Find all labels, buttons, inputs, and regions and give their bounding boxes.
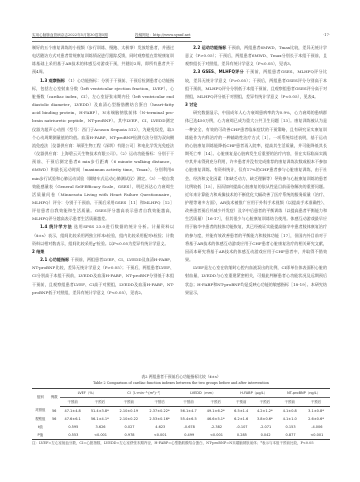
website-link[interactable]: 投稿网址：http://www.syxnf.net xyxy=(135,33,191,38)
table-footnote: 注：LVEF=左心室射血分数，CI=心脏指数，LVEDD=左心室舒张末期内径，H… xyxy=(32,440,330,447)
col-header-ntprobnp: NT-proBNP（ng/L） xyxy=(277,389,330,398)
section-title: 2 结果 xyxy=(32,248,174,256)
paragraph: 2.1 心功能指标 干预前，两组患者LVEF、CI、LVEDD及血清H-FABP… xyxy=(32,256,174,297)
sub-header-after: 干预后 xyxy=(86,398,115,407)
paragraph: 2.3 GSES、MLHFQ评分 干预前，两组患者GSES、MLHFQ评分比较，… xyxy=(185,68,327,101)
col-header-hfabp: H-FABP（μg/L） xyxy=(230,389,277,398)
journal-title: 实用心脑肺血管病杂志2022年5月第30卷第5期 xyxy=(32,33,108,38)
sub-header-before: 干预前 xyxy=(230,398,252,407)
sub-header-after: 干预后 xyxy=(201,398,230,407)
paragraph: 制好的五个康复训练的小视频（步行训练、慢跑、太极拳）发放给患者，并通过电话随访方… xyxy=(32,44,174,77)
paragraph: LVEF是左心室在收缩时心腔内血液泵出的比例，CI即单位体表面积心脏的射血量，L… xyxy=(185,264,327,297)
table-row: P值 0.553<0.001 0.978<0.001 0.499<0.001 0… xyxy=(32,431,330,440)
section-heading: 2.1 心功能指标 xyxy=(40,257,69,262)
right-column: 2.2 运动功能指标 干预前，两组患者6MWD、Tmax比较，差异无统计学意义（… xyxy=(185,44,327,297)
table-row: 观察组 56 47.6±6.1 56.1±4.1* 2.10±0.22 2.53… xyxy=(32,415,330,423)
col-header-n: 例数 xyxy=(49,389,60,407)
col-header-ci: CI［L·min⁻¹·(m²)⁻¹］ xyxy=(114,389,176,398)
col-header-lvedd: LVEDD（mm） xyxy=(176,389,230,398)
sub-header-before: 干预前 xyxy=(176,398,202,407)
page-number: ·17· xyxy=(323,33,330,37)
sub-header-before: 干预前 xyxy=(60,398,86,407)
col-header-group: 组别 xyxy=(32,389,49,407)
section-heading: 1.3 观察指标 xyxy=(40,78,65,83)
header-divider xyxy=(32,41,202,42)
sub-header-after: 干预后 xyxy=(302,398,330,407)
paragraph: 研究数据显示，中国成年人心力衰竭患病率约为0.9%，心力衰竭的患病群体已达450… xyxy=(185,109,327,264)
table-caption: 表2 两组患者干预前后心功能指标比较（x̄±s） Table 2 Compari… xyxy=(32,374,330,386)
table-row: 对照组 56 47.1±4.8 51.4±3.8* 2.10±0.19 2.37… xyxy=(32,407,330,416)
table-caption-en: Table 2 Comparison of cardiac function i… xyxy=(32,380,330,386)
sub-header-after: 干预后 xyxy=(252,398,277,407)
sub-header-before: 干预前 xyxy=(277,398,302,407)
sub-header-after: 干预后 xyxy=(144,398,176,407)
paragraph: 2.2 运动功能指标 干预前，两组患者6MWD、Tmax比较，差异无统计学意义（… xyxy=(185,44,327,68)
section-title: 3 讨论 xyxy=(185,101,327,109)
left-column: 制好的五个康复训练的小视频（步行训练、慢跑、太极拳）发放给患者，并通过电话随访方… xyxy=(32,44,174,297)
table-row: t值 0.5953.626 0.0274.623 -0.678-2.382 -0… xyxy=(32,423,330,431)
section-heading: 2.2 运动功能指标 xyxy=(193,45,226,50)
section-heading: 2.3 GSES、MLHFQ评分 xyxy=(193,69,244,74)
journal-page: 实用心脑肺血管病杂志2022年5月第30卷第5期 投稿网址：http://www… xyxy=(0,0,360,482)
data-table: 组别 例数 LVEF（%） CI［L·min⁻¹·(m²)⁻¹］ LVEDD（m… xyxy=(32,388,330,440)
section-heading: 1.4 统计学方法 xyxy=(40,224,72,229)
sub-header-before: 干预前 xyxy=(114,398,143,407)
paragraph: 1.3 观察指标 （1）心功能指标：分别于干预前、干预后检测患者心功能指标，包括… xyxy=(32,77,174,224)
col-header-lvef: LVEF（%） xyxy=(60,389,114,398)
paragraph: 1.4 统计学方法 选用SPSS 23.0进行数据的统计分析。计量资料以（x̄±… xyxy=(32,223,174,247)
